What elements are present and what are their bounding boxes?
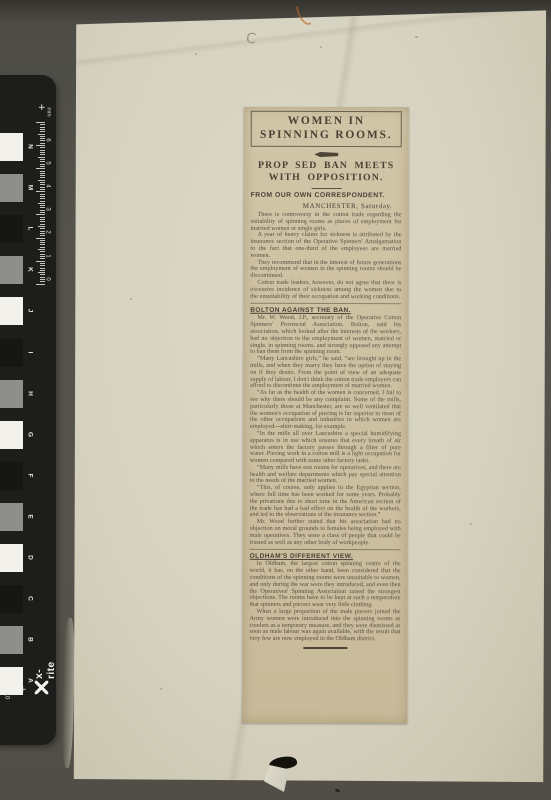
article-crosshead: BOLTON AGAINST THE BAN. — [250, 303, 401, 314]
ruler-tick — [40, 221, 45, 222]
page-edge-curl — [61, 618, 75, 768]
ruler-tick — [40, 127, 45, 128]
ruler-tick — [36, 214, 45, 215]
patch-letter: N — [27, 142, 34, 152]
ruler-tick — [40, 143, 45, 144]
paper-speck — [470, 523, 472, 525]
article-paragraph: Cotton trade leaders, however, do not ag… — [250, 280, 401, 301]
grayscale-patch-N — [0, 133, 23, 161]
ruler-tick — [38, 226, 45, 227]
ruler-tick — [40, 235, 45, 236]
article-paragraph: Mr. W. Wood, J.P., secretary of the Oper… — [250, 315, 401, 356]
ruler-tick — [40, 171, 45, 172]
article-paragraph: “This, of course, only applies to the Eg… — [250, 485, 401, 519]
article-paragraph: There is controversy in the cotton trade… — [250, 212, 401, 233]
ruler-tick — [40, 265, 45, 266]
paper-speck — [320, 46, 322, 48]
ruler-tick — [36, 284, 45, 285]
ruler-tick — [40, 175, 45, 176]
ruler-number: 5 — [45, 161, 51, 164]
ruler-tick — [40, 136, 45, 137]
headline-box: WOMEN IN SPINNING ROOMS. — [251, 111, 402, 147]
ruler-number: 2 — [45, 231, 51, 234]
ruler-tick — [40, 242, 45, 243]
patch-letter: B — [27, 635, 34, 645]
grayscale-patch-I — [0, 339, 23, 367]
patch-letter: D — [27, 553, 34, 563]
patch-letter: I — [27, 347, 34, 357]
grayscale-patch-M — [0, 174, 23, 202]
article-body: There is controversy in the cotton trade… — [249, 212, 401, 643]
ruler-tick — [40, 159, 45, 160]
xrite-logo-text: x-rite — [33, 656, 57, 679]
grayscale-patch-F — [0, 462, 23, 490]
article-paragraph: In Oldham, the largest cotton spinning c… — [249, 561, 400, 609]
ruler-tick — [40, 268, 45, 269]
ruler-tick — [40, 201, 45, 202]
paper-speck — [195, 53, 197, 55]
dateline: MANCHESTER, Saturday. — [251, 202, 402, 210]
calibration-strip: + mm 6543210 NMLKJIHGFEDCBA x-rite + 10 — [0, 75, 56, 745]
ruler-tick — [40, 166, 45, 167]
ruler-tick — [40, 228, 45, 229]
article-paragraph: “Many mills have rest rooms for operativ… — [250, 465, 401, 486]
grayscale-patch-C — [0, 585, 23, 613]
ruler-number: 6 — [45, 138, 51, 141]
article-paragraph: When a large proportion of the male piec… — [249, 609, 400, 643]
ruler-tick — [36, 168, 45, 169]
pencil-mark: C — [245, 30, 257, 47]
grayscale-patch-H — [0, 380, 23, 408]
ruler-number: 3 — [45, 208, 51, 211]
ruler-tick — [40, 281, 45, 282]
patch-letter: H — [27, 388, 34, 398]
article-paragraph: “In the mills all over Lancashire a spec… — [250, 431, 401, 465]
ruler-tick — [40, 147, 45, 148]
article-paragraph: “Many Lancashire girls,” he said, “are b… — [250, 356, 401, 390]
grayscale-patch-E — [0, 503, 23, 531]
paper-speck — [130, 298, 132, 300]
ruler-tick — [40, 244, 45, 245]
article-paragraph: They recommend that in the interest of f… — [250, 259, 401, 280]
ruler-tick — [40, 219, 45, 220]
ruler-tick — [36, 145, 45, 146]
patch-letter: L — [27, 224, 34, 234]
ruler-tick — [40, 198, 45, 199]
ruler-tick — [40, 124, 45, 125]
ruler-tick — [36, 191, 45, 192]
ruler-tick — [40, 196, 45, 197]
grayscale-patch-D — [0, 544, 23, 572]
registration-cross-bottom-icon: + — [19, 685, 27, 695]
ruler-tick — [38, 134, 45, 135]
ruler-tick — [40, 154, 45, 155]
ruler-number: 0 — [45, 277, 51, 280]
ruler-tick — [40, 212, 45, 213]
grayscale-patch-G — [0, 421, 23, 449]
sub-headline: PROP SED BAN MEETS WITH OPPOSITION. — [251, 160, 402, 184]
patch-letter: J — [27, 306, 34, 316]
ruler-tick — [38, 203, 45, 204]
paper-speck — [415, 36, 418, 38]
ruler-tick — [40, 258, 45, 259]
ruler-tick — [40, 131, 45, 132]
ruler-tick — [40, 251, 45, 252]
ruler-tick — [40, 194, 45, 195]
ruler-number-ten: 10 — [3, 693, 9, 700]
ruler-tick — [36, 261, 45, 262]
newspaper-clipping: WOMEN IN SPINNING ROOMS. PROP SED BAN ME… — [242, 107, 409, 723]
ruler-tick — [40, 205, 45, 206]
ruler-tick — [40, 270, 45, 271]
patch-letter: G — [27, 429, 34, 439]
article-paragraph: “As far as the health of the women is co… — [250, 390, 401, 431]
ruler-number: 4 — [45, 185, 51, 188]
ruler-number: 1 — [45, 254, 51, 257]
headline: WOMEN IN SPINNING ROOMS. — [254, 115, 399, 142]
ruler-tick — [38, 249, 45, 250]
patch-letter: M — [27, 183, 34, 193]
ruler-tick — [40, 224, 45, 225]
paper-speck — [160, 688, 162, 690]
ruler-tick — [40, 173, 45, 174]
ruler-tick — [40, 129, 45, 130]
ruler-tick — [40, 152, 45, 153]
ruler-tick — [40, 240, 45, 241]
ruler-tick — [36, 238, 45, 239]
arrow-divider-ornament — [314, 152, 338, 157]
patch-letter: C — [27, 594, 34, 604]
ruler-tick — [38, 272, 45, 273]
ruler-tick — [38, 180, 45, 181]
section-rule — [311, 188, 341, 189]
ruler-tick — [40, 150, 45, 151]
photo-scene: C WOMEN IN SPINNING ROOMS. PROP SED BAN … — [0, 0, 551, 800]
patch-letter: K — [27, 265, 34, 275]
patch-letter: F — [27, 470, 34, 480]
ruler-tick — [40, 217, 45, 218]
article-paragraph: A year of heavy claims for sickness is a… — [250, 232, 401, 260]
grayscale-patch-L — [0, 215, 23, 243]
ruler-tick — [36, 122, 45, 123]
grayscale-patch-B — [0, 626, 23, 654]
xrite-logo-icon — [34, 680, 49, 695]
background-speck — [335, 788, 341, 793]
grayscale-patch-K — [0, 256, 23, 284]
ruler-tick — [40, 247, 45, 248]
article-crosshead: OLDHAM'S DIFFERENT VIEW. — [250, 549, 401, 560]
registration-cross-top-icon: + — [38, 103, 46, 113]
patch-letter: E — [27, 511, 34, 521]
ruler-ticks — [36, 122, 45, 285]
article-paragraph: Mr. Wood further stated that his associa… — [250, 519, 401, 547]
byline: FROM OUR OWN CORRESPONDENT. — [251, 192, 402, 200]
grayscale-patch-J — [0, 297, 23, 325]
ruler-tick — [38, 157, 45, 158]
ruler-tick — [40, 177, 45, 178]
ruler-tick — [40, 182, 45, 183]
ruler-tick — [40, 274, 45, 275]
ruler-tick — [40, 189, 45, 190]
article-end-rule — [303, 647, 347, 649]
ruler-tick — [40, 263, 45, 264]
ruler-unit-label: mm — [46, 107, 52, 116]
